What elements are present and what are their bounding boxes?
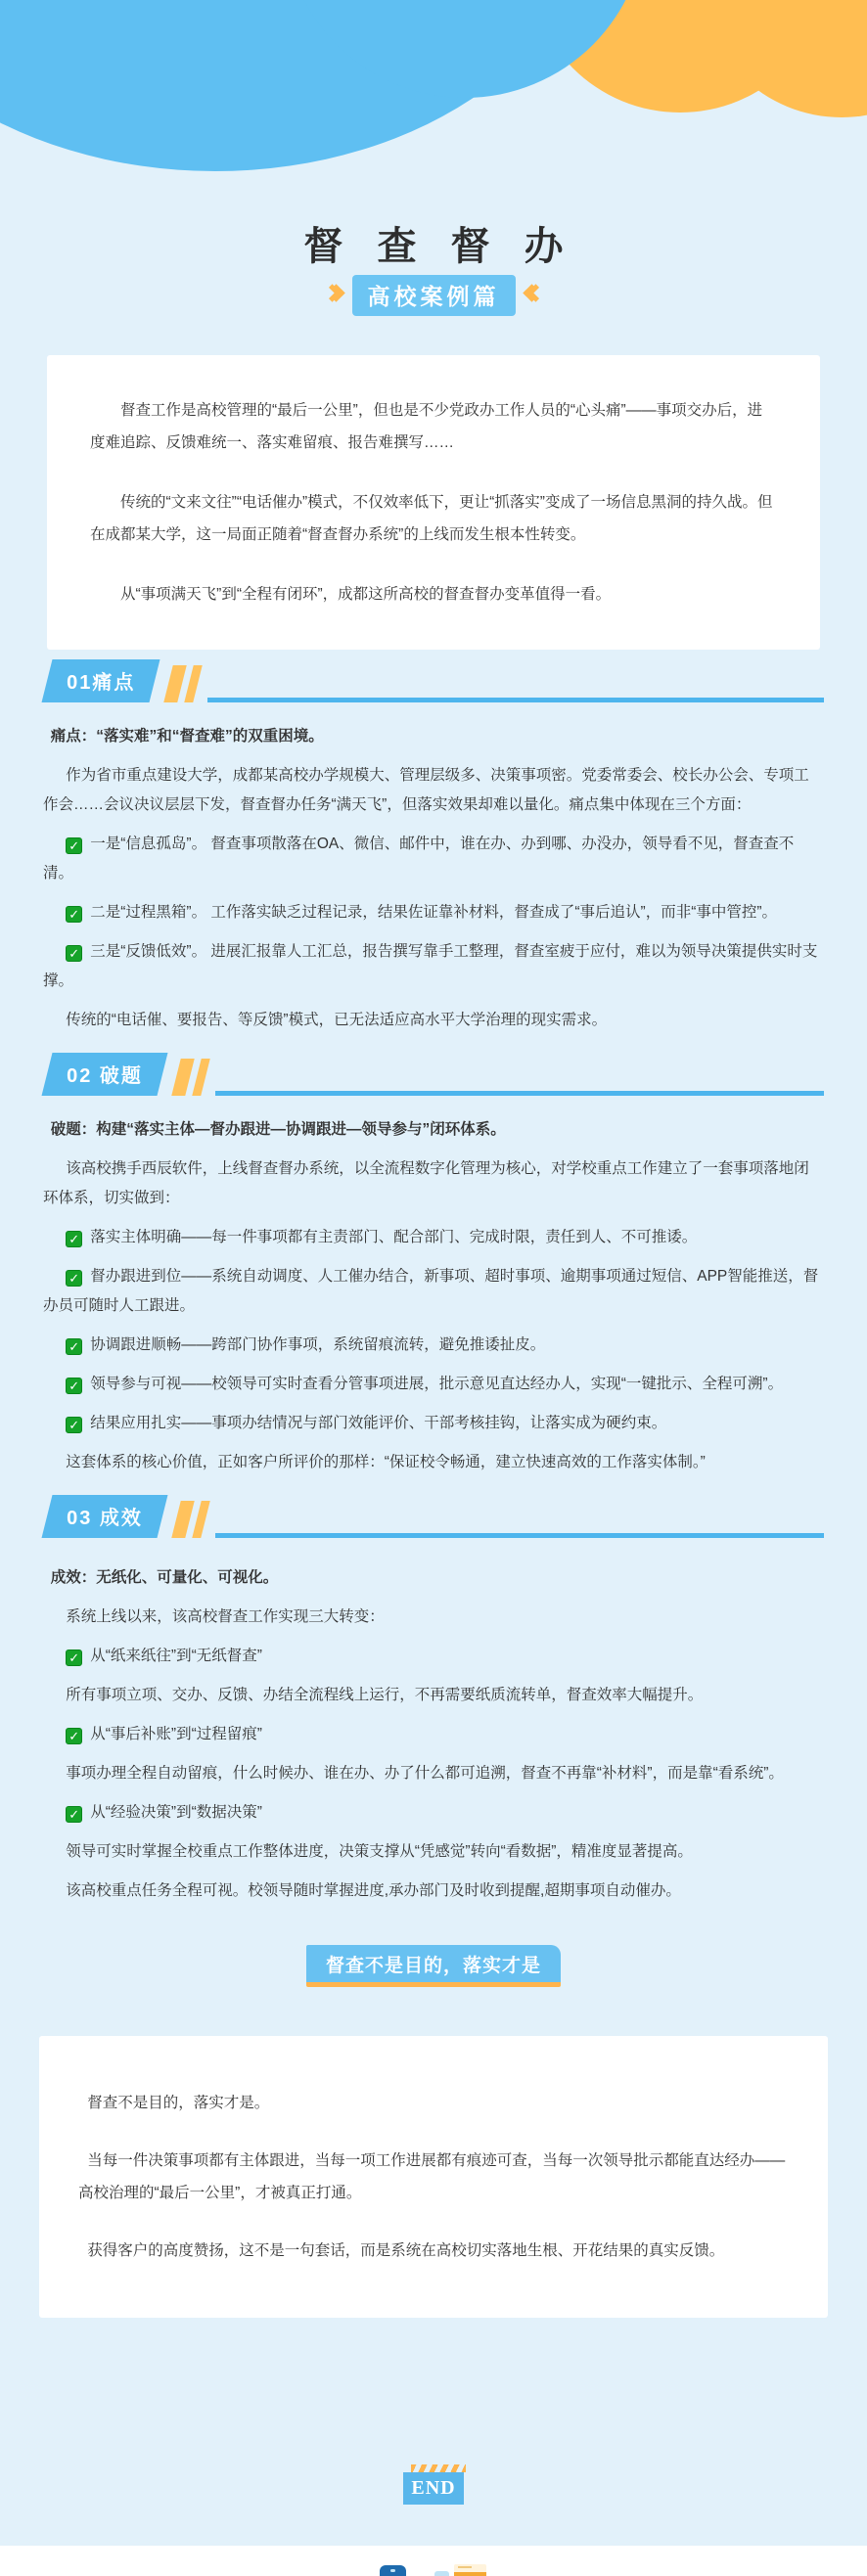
section-paragraph: 传统的“电话催、要报告、等反馈”模式，已无法适应高水平大学治理的现实需求。 — [43, 1006, 824, 1035]
section-badge: 01痛点 — [42, 659, 160, 702]
slogan-banner: 督查不是目的，落实才是 — [306, 1945, 561, 1987]
intro-paragraph: 从“事项满天飞”到“全程有闭环”，成都这所高校的督查督办变革值得一看。 — [90, 578, 777, 610]
section-paragraph: 系统上线以来，该高校督查工作实现三大转变： — [43, 1603, 824, 1632]
section-paragraph: 事项办理全程自动留痕，什么时候办、谁在办、办了什么都可追溯，督查不再靠“补材料”… — [43, 1759, 824, 1788]
checklist-item-text: 从“事后补账”到“过程留痕” — [90, 1726, 262, 1742]
checklist-item-text: 从“纸来纸往”到“无纸督查” — [90, 1648, 262, 1664]
section-rule — [215, 1091, 824, 1096]
checklist-item: ✓协调跟进顺畅——跨部门协作事项，系统留痕流转，避免推诿扯皮。 — [43, 1331, 824, 1360]
check-icon: ✓ — [66, 1806, 82, 1823]
section-paragraph: 作为省市重点建设大学，成都某高校办学规模大、管理层级多、决策事项密。党委常委会、… — [43, 761, 824, 820]
end-label: END — [403, 2472, 464, 2505]
section-rule — [207, 698, 824, 702]
title-block: 督 查 督 办 — [0, 224, 867, 269]
conclusion-card: 督查不是目的，落实才是。 当每一件决策事项都有主体跟进，当每一项工作进展都有痕迹… — [39, 2036, 828, 2318]
section-badge: 03 成效 — [42, 1495, 168, 1538]
checklist-item: ✓落实主体明确——每一件事项都有主责部门、配合部门、完成时限，责任到人、不可推诿… — [43, 1223, 824, 1252]
checklist-item: ✓从“事后补账”到“过程留痕” — [43, 1720, 824, 1749]
checklist-item-text: 协调跟进顺畅——跨部门协作事项，系统留痕流转，避免推诿扯皮。 — [90, 1336, 545, 1353]
section-lead: 成效：无纸化、可量化、可视化。 — [43, 1563, 824, 1593]
checklist-item: ✓结果应用扎实——事项办结情况与部门效能评价、干部考核挂钩，让落实成为硬约束。 — [43, 1409, 824, 1438]
section-paragraph: 该高校重点任务全程可视。校领导随时掌握进度,承办部门及时收到提醒,超期事项自动催… — [43, 1876, 824, 1906]
chevrons-left-icon — [525, 287, 542, 304]
checklist-item-text: 落实主体明确——每一件事项都有主责部门、配合部门、完成时限，责任到人、不可推诿。 — [90, 1229, 697, 1245]
check-icon: ✓ — [66, 1231, 82, 1247]
check-icon: ✓ — [66, 1417, 82, 1433]
section-01-body: 痛点：“落实难”和“督查难”的双重困境。 作为省市重点建设大学，成都某高校办学规… — [43, 722, 824, 1035]
section-badge: 02 破题 — [42, 1053, 168, 1096]
checklist-item-text: 一是“信息孤岛”。 督查事项散落在OA、微信、邮件中，谁在办、办到哪、办没办，领… — [43, 836, 794, 881]
article-page: 督 查 督 办 高校案例篇 督查工作是高校管理的“最后一公里”，但也是不少党政办… — [0, 0, 867, 2576]
stripes-decoration — [176, 1059, 205, 1096]
check-icon: ✓ — [66, 1650, 82, 1666]
checklist-item-text: 二是“过程黑箱”。 工作落实缺乏过程记录，结果佐证靠补材料，督查成了“事后追认”… — [90, 904, 777, 921]
check-icon: ✓ — [66, 1378, 82, 1394]
checklist-item-text: 三是“反馈低效”。 进展汇报靠人工汇总，报告撰写靠手工整理，督查室疲于应付，难以… — [43, 943, 817, 989]
intro-paragraph: 传统的“文来文往”“电话催办”模式，不仅效率低下，更让“抓落实”变成了一场信息黑… — [90, 486, 777, 551]
document-illustration-icon — [434, 2571, 449, 2576]
section-rule — [215, 1533, 824, 1538]
checklist-item: ✓从“经验决策”到“数据决策” — [43, 1798, 824, 1828]
intro-paragraph: 督查工作是高校管理的“最后一公里”，但也是不少党政办工作人员的“心头痛”——事项… — [90, 394, 777, 459]
stripes-decoration — [176, 1501, 205, 1538]
checklist-item: ✓二是“过程黑箱”。 工作落实缺乏过程记录，结果佐证靠补材料，督查成了“事后追认… — [43, 898, 824, 927]
chevrons-right-icon — [326, 287, 342, 304]
section-paragraph: 领导可实时掌握全校重点工作整体进度，决策支撑从“凭感觉”转向“看数据”，精准度显… — [43, 1837, 824, 1867]
subtitle-badge: 高校案例篇 — [352, 275, 516, 316]
card-illustration-icon — [454, 2564, 486, 2576]
page-title: 督 查 督 办 — [0, 224, 867, 269]
check-icon: ✓ — [66, 906, 82, 923]
section-02-body: 破题：构建“落实主体—督办跟进—协调跟进—领导参与”闭环体系。 该高校携手西辰软… — [43, 1115, 824, 1477]
conclusion-paragraph: 督查不是目的，落实才是。 — [78, 2087, 789, 2119]
stripes-decoration — [411, 2464, 466, 2472]
checklist-item-text: 从“经验决策”到“数据决策” — [90, 1804, 262, 1821]
checklist-item-text: 督办跟进到位——系统自动调度、人工催办结合，新事项、超时事项、逾期事项通过短信、… — [43, 1268, 818, 1314]
check-icon: ✓ — [66, 1338, 82, 1355]
conclusion-paragraph: 当每一件决策事项都有主体跟进，当每一项工作进展都有痕迹可查，当每一次领导批示都能… — [78, 2145, 789, 2209]
section-header-01: 01痛点 — [47, 663, 824, 702]
check-icon: ✓ — [66, 837, 82, 854]
section-paragraph: 该高校携手西辰软件，上线督查督办系统，以全流程数字化管理为核心，对学校重点工作建… — [43, 1154, 824, 1213]
checklist-item: ✓督办跟进到位——系统自动调度、人工催办结合，新事项、超时事项、逾期事项通过短信… — [43, 1262, 824, 1321]
intro-card: 督查工作是高校管理的“最后一公里”，但也是不少党政办工作人员的“心头痛”——事项… — [47, 355, 820, 650]
check-icon: ✓ — [66, 1270, 82, 1287]
decorative-header — [0, 0, 867, 181]
checklist-item: ✓一是“信息孤岛”。 督查事项散落在OA、微信、邮件中，谁在办、办到哪、办没办，… — [43, 830, 824, 888]
section-03-body: 成效：无纸化、可量化、可视化。 系统上线以来，该高校督查工作实现三大转变： ✓从… — [43, 1563, 824, 1906]
section-paragraph: 所有事项立项、交办、反馈、办结全流程线上运行，不再需要纸质流转单，督查效率大幅提… — [43, 1681, 824, 1710]
checklist-item: ✓三是“反馈低效”。 进展汇报靠人工汇总，报告撰写靠手工整理，督查室疲于应付，难… — [43, 937, 824, 996]
section-lead: 痛点：“落实难”和“督查难”的双重困境。 — [43, 722, 824, 751]
section-header-03: 03 成效 — [47, 1499, 824, 1538]
check-icon: ✓ — [66, 945, 82, 962]
section-paragraph: 这套体系的核心价值，正如客户所评价的那样：“保证校令畅通，建立快速高效的工作落实… — [43, 1448, 824, 1477]
checklist-item: ✓领导参与可视——校领导可实时查看分管事项进展，批示意见直达经办人，实现“一键批… — [43, 1370, 824, 1399]
footer-strip — [0, 2546, 867, 2576]
phone-illustration-icon — [380, 2565, 406, 2576]
check-icon: ✓ — [66, 1728, 82, 1744]
checklist-item: ✓从“纸来纸往”到“无纸督查” — [43, 1642, 824, 1671]
checklist-item-text: 结果应用扎实——事项办结情况与部门效能评价、干部考核挂钩，让落实成为硬约束。 — [90, 1415, 666, 1431]
conclusion-paragraph: 获得客户的高度赞扬，这不是一句套话，而是系统在高校切实落地生根、开花结果的真实反… — [78, 2235, 789, 2267]
checklist-item-text: 领导参与可视——校领导可实时查看分管事项进展，批示意见直达经办人，实现“一键批示… — [90, 1376, 783, 1392]
end-badge: END — [0, 2464, 867, 2505]
section-header-02: 02 破题 — [47, 1057, 824, 1096]
subtitle-block: 高校案例篇 — [0, 277, 867, 314]
stripes-decoration — [168, 665, 198, 702]
section-lead: 破题：构建“落实主体—督办跟进—协调跟进—领导参与”闭环体系。 — [43, 1115, 824, 1145]
